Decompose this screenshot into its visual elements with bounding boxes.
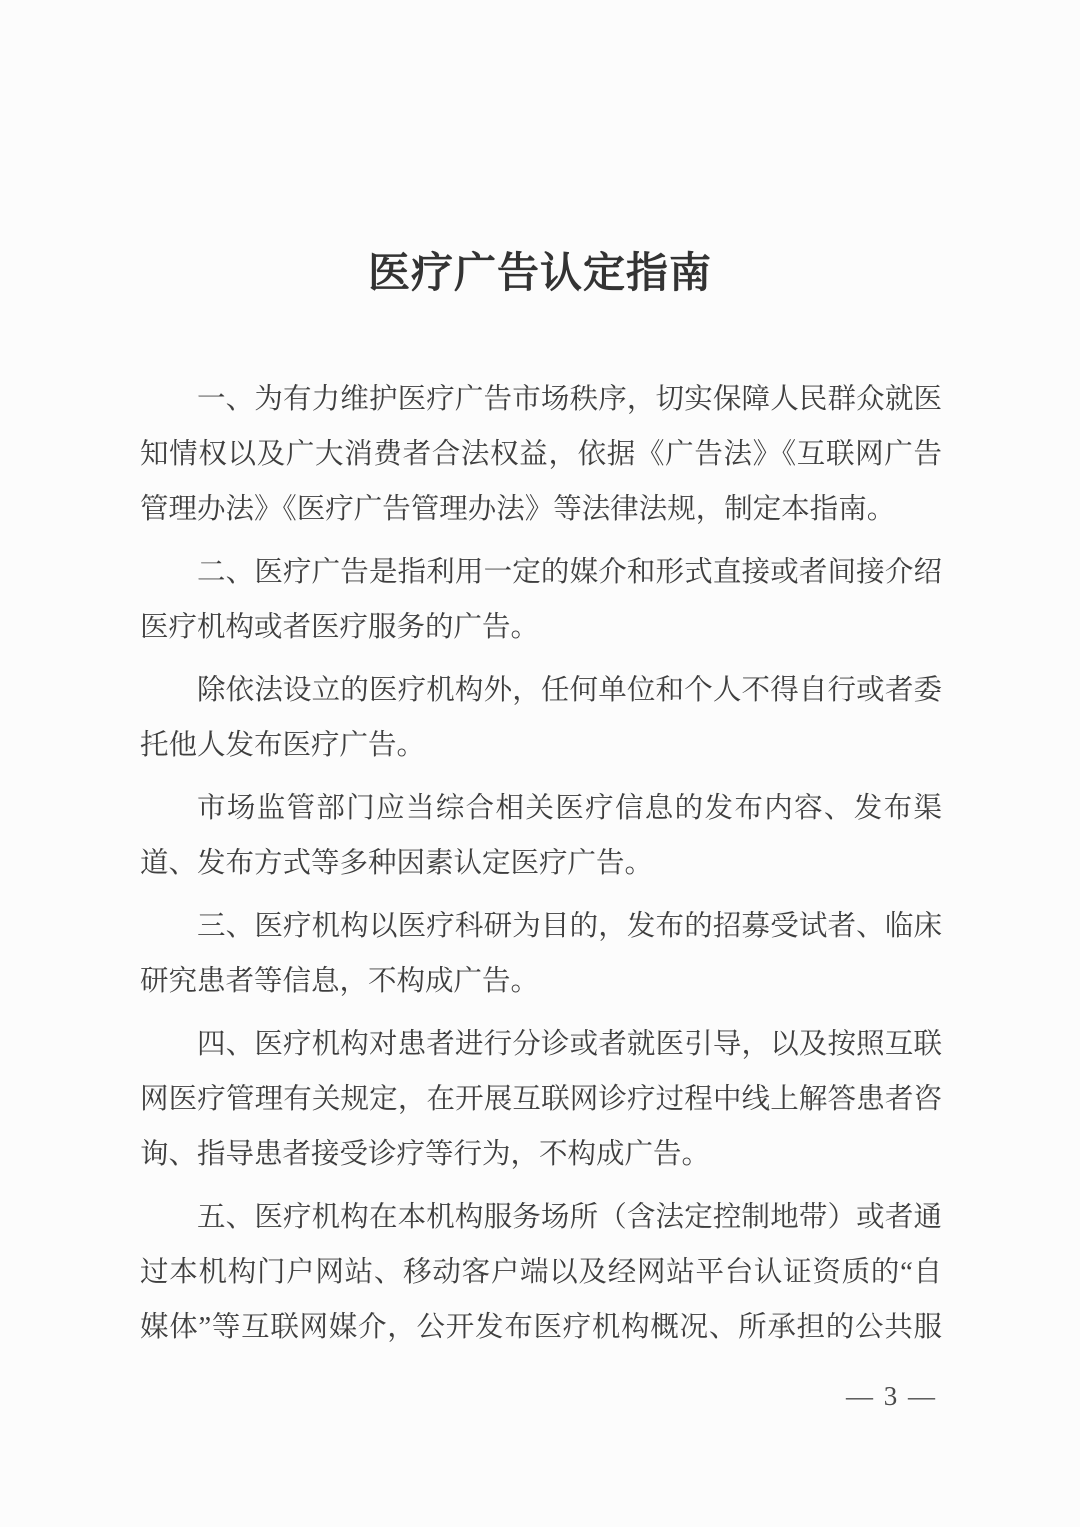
paragraph: 五、医疗机构在本机构服务场所（含法定控制地带）或者通过本机构门户网站、移动客户端… bbox=[140, 1190, 942, 1355]
text-line: 医疗机构或者医疗服务的广告。 bbox=[140, 600, 942, 655]
document-body: 一、为有力维护医疗广告市场秩序，切实保障人民群众就医知情权以及广大消费者合法权益… bbox=[140, 372, 942, 1363]
text-line: 过本机构门户网站、移动客户端以及经网站平台认证资质的“自 bbox=[140, 1245, 942, 1300]
text-line: 五、医疗机构在本机构服务场所（含法定控制地带）或者通 bbox=[140, 1190, 942, 1245]
paragraph: 除依法设立的医疗机构外，任何单位和个人不得自行或者委托他人发布医疗广告。 bbox=[140, 663, 942, 773]
text-line: 网医疗管理有关规定，在开展互联网诊疗过程中线上解答患者咨 bbox=[140, 1072, 942, 1127]
paragraph: 三、医疗机构以医疗科研为目的，发布的招募受试者、临床研究患者等信息，不构成广告。 bbox=[140, 899, 942, 1009]
text-line: 知情权以及广大消费者合法权益，依据《广告法》《互联网广告 bbox=[140, 427, 942, 482]
text-line: 四、医疗机构对患者进行分诊或者就医引导，以及按照互联 bbox=[140, 1017, 942, 1072]
text-line: 媒体”等互联网媒介，公开发布医疗机构概况、所承担的公共服 bbox=[140, 1300, 942, 1355]
paragraph: 二、医疗广告是指利用一定的媒介和形式直接或者间接介绍医疗机构或者医疗服务的广告。 bbox=[140, 545, 942, 655]
text-line: 市场监管部门应当综合相关医疗信息的发布内容、发布渠 bbox=[140, 781, 942, 836]
document-title: 医疗广告认定指南 bbox=[0, 240, 1080, 300]
text-line: 询、指导患者接受诊疗等行为，不构成广告。 bbox=[140, 1127, 942, 1182]
paragraph: 一、为有力维护医疗广告市场秩序，切实保障人民群众就医知情权以及广大消费者合法权益… bbox=[140, 372, 942, 537]
text-line: 托他人发布医疗广告。 bbox=[140, 718, 942, 773]
text-line: 三、医疗机构以医疗科研为目的，发布的招募受试者、临床 bbox=[140, 899, 942, 954]
text-line: 二、医疗广告是指利用一定的媒介和形式直接或者间接介绍 bbox=[140, 545, 942, 600]
paragraph: 四、医疗机构对患者进行分诊或者就医引导，以及按照互联网医疗管理有关规定，在开展互… bbox=[140, 1017, 942, 1182]
text-line: 研究患者等信息，不构成广告。 bbox=[140, 954, 942, 1009]
document-page: 医疗广告认定指南 一、为有力维护医疗广告市场秩序，切实保障人民群众就医知情权以及… bbox=[0, 0, 1080, 1527]
text-line: 管理办法》《医疗广告管理办法》等法律法规，制定本指南。 bbox=[140, 482, 942, 537]
page-number: — 3 — bbox=[846, 1381, 937, 1412]
text-line: 道、发布方式等多种因素认定医疗广告。 bbox=[140, 836, 942, 891]
paragraph: 市场监管部门应当综合相关医疗信息的发布内容、发布渠道、发布方式等多种因素认定医疗… bbox=[140, 781, 942, 891]
text-line: 一、为有力维护医疗广告市场秩序，切实保障人民群众就医 bbox=[140, 372, 942, 427]
text-line: 除依法设立的医疗机构外，任何单位和个人不得自行或者委 bbox=[140, 663, 942, 718]
